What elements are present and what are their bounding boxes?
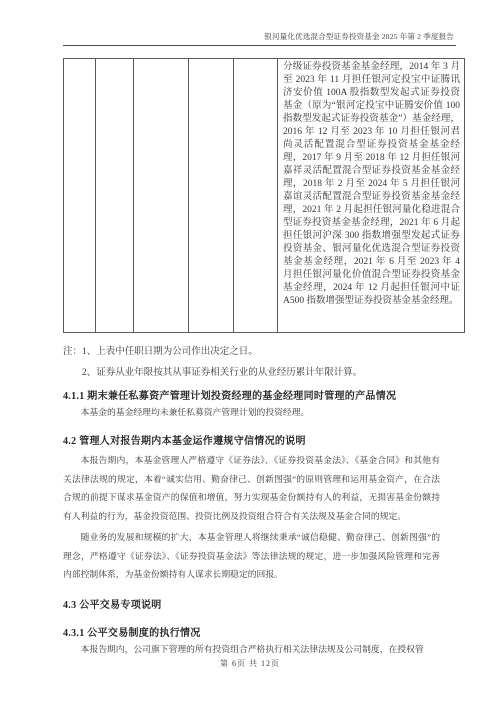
- fund-manager-table: 分级证券投资基金基金经理，2014 年 3 月至 2023 年 11 月担任银河…: [63, 58, 465, 333]
- table-cell-empty-4: [189, 59, 234, 332]
- section-4-2-paragraph-2: 随业务的发展和规模的扩大，本基金管理人将继续秉承“诚信稳健、勤奋律己、创新图强”…: [63, 528, 440, 584]
- section-heading-4-1-1: 4.1.1 期末兼任私募资产管理计划投资经理的基金经理同时管理的产品情况: [63, 387, 396, 402]
- table-note-2: 2、证券从业年限按其从事证券相关行业的从业经历累计年限计算。: [82, 364, 362, 378]
- section-heading-4-3-1: 4.3.1 公平交易制度的执行情况: [63, 624, 201, 639]
- table-cell-manager-bio: 分级证券投资基金基金经理，2014 年 3 月至 2023 年 11 月担任银河…: [278, 59, 464, 332]
- section-heading-4-3: 4.3 公平交易专项说明: [63, 596, 162, 611]
- section-heading-4-2: 4.2 管理人对报告期内本基金运作遵规守信情况的说明: [63, 432, 306, 447]
- report-page: 银河量化优选混合型证券投资基金 2025 年第 2 季度报告 分级证券投资基金基…: [0, 0, 500, 707]
- table-cell-empty-3: [134, 59, 189, 332]
- section-4-1-1-paragraph: 本基金的基金经理均未兼任私募资产管理计划的投资经理。: [63, 405, 440, 419]
- section-4-3-1-paragraph: 本报告期内，公司旗下管理的所有投资组合严格执行相关法律法规及公司制度，在授权管: [63, 640, 440, 659]
- header-divider: [63, 45, 456, 46]
- table-cell-empty-2: [96, 59, 134, 332]
- section-4-2-paragraph-1: 本报告期内，本基金管理人严格遵守《证券法》、《证券投资基金法》、《基金合同》和其…: [63, 451, 440, 525]
- table-note-1: 注：1、上表中任职日期为公司作出决定之日。: [63, 343, 258, 357]
- page-number: 第 6页 共 12页: [0, 658, 500, 669]
- table-cell-empty-5: [234, 59, 278, 332]
- table-cell-empty-1: [64, 59, 96, 332]
- report-header-title: 银河量化优选混合型证券投资基金 2025 年第 2 季度报告: [264, 31, 454, 42]
